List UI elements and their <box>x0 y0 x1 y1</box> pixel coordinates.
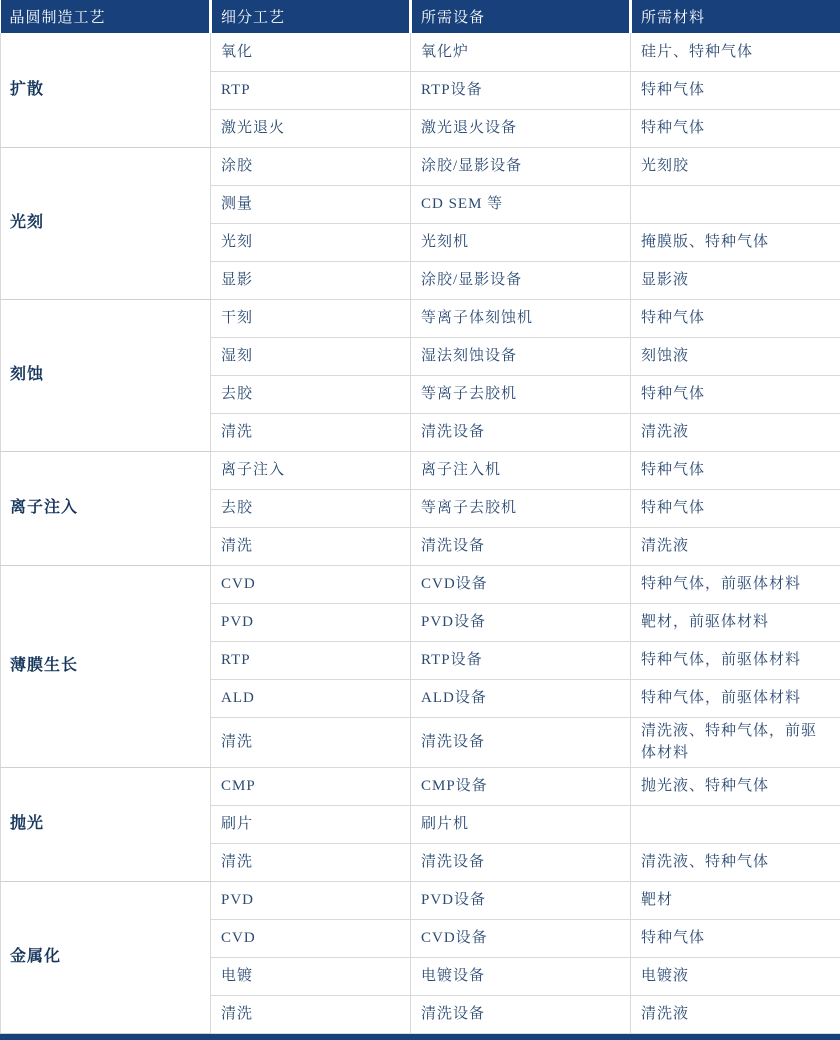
subprocess-cell: 清洗 <box>211 413 411 451</box>
material-cell: 特种气体，前驱体材料 <box>631 679 840 717</box>
equipment-cell: CVD设备 <box>411 919 631 957</box>
material-cell: 清洗液、特种气体，前驱体材料 <box>631 717 840 767</box>
table-row: 光刻涂胶涂胶/显影设备光刻胶 <box>1 147 840 185</box>
subprocess-cell: 清洗 <box>211 995 411 1033</box>
material-cell: 电镀液 <box>631 957 840 995</box>
equipment-cell: CMP设备 <box>411 767 631 805</box>
process-group-cell: 薄膜生长 <box>1 565 211 767</box>
equipment-cell: 清洗设备 <box>411 413 631 451</box>
subprocess-cell: 离子注入 <box>211 451 411 489</box>
process-group-cell: 刻蚀 <box>1 299 211 451</box>
process-group-cell: 抛光 <box>1 767 211 881</box>
equipment-cell: 涂胶/显影设备 <box>411 147 631 185</box>
material-cell: 特种气体，前驱体材料 <box>631 565 840 603</box>
material-cell: 清洗液 <box>631 413 840 451</box>
subprocess-cell: ALD <box>211 679 411 717</box>
subprocess-cell: 测量 <box>211 185 411 223</box>
material-cell: 光刻胶 <box>631 147 840 185</box>
material-cell: 特种气体 <box>631 109 840 147</box>
material-cell: 特种气体 <box>631 451 840 489</box>
equipment-cell: RTP设备 <box>411 71 631 109</box>
header-cell-1: 细分工艺 <box>211 0 411 33</box>
subprocess-cell: 清洗 <box>211 717 411 767</box>
material-cell <box>631 805 840 843</box>
material-cell: 特种气体，前驱体材料 <box>631 641 840 679</box>
table-row: 扩散氧化氧化炉硅片、特种气体 <box>1 33 840 71</box>
header-row: 晶圆制造工艺细分工艺所需设备所需材料 <box>1 0 840 33</box>
material-cell: 靶材，前驱体材料 <box>631 603 840 641</box>
equipment-cell: 湿法刻蚀设备 <box>411 337 631 375</box>
material-cell: 特种气体 <box>631 375 840 413</box>
material-cell: 特种气体 <box>631 489 840 527</box>
subprocess-cell: 清洗 <box>211 527 411 565</box>
subprocess-cell: 去胶 <box>211 375 411 413</box>
material-cell: 特种气体 <box>631 919 840 957</box>
process-group-cell: 光刻 <box>1 147 211 299</box>
subprocess-cell: CMP <box>211 767 411 805</box>
subprocess-cell: 清洗 <box>211 843 411 881</box>
subprocess-cell: PVD <box>211 603 411 641</box>
subprocess-cell: CVD <box>211 565 411 603</box>
process-group-cell: 金属化 <box>1 881 211 1033</box>
equipment-cell: 等离子去胶机 <box>411 375 631 413</box>
header-cell-2: 所需设备 <box>411 0 631 33</box>
equipment-cell: PVD设备 <box>411 881 631 919</box>
material-cell: 特种气体 <box>631 299 840 337</box>
subprocess-cell: 显影 <box>211 261 411 299</box>
subprocess-cell: 涂胶 <box>211 147 411 185</box>
material-cell: 硅片、特种气体 <box>631 33 840 71</box>
material-cell <box>631 185 840 223</box>
subprocess-cell: 氧化 <box>211 33 411 71</box>
equipment-cell: CVD设备 <box>411 565 631 603</box>
equipment-cell: ALD设备 <box>411 679 631 717</box>
subprocess-cell: 光刻 <box>211 223 411 261</box>
material-cell: 清洗液 <box>631 527 840 565</box>
subprocess-cell: 激光退火 <box>211 109 411 147</box>
equipment-cell: 清洗设备 <box>411 527 631 565</box>
header-cell-0: 晶圆制造工艺 <box>1 0 211 33</box>
subprocess-cell: 刷片 <box>211 805 411 843</box>
equipment-cell: 等离子体刻蚀机 <box>411 299 631 337</box>
table-row: 刻蚀干刻等离子体刻蚀机特种气体 <box>1 299 840 337</box>
equipment-cell: 清洗设备 <box>411 717 631 767</box>
bottom-divider-bar <box>0 1034 840 1040</box>
material-cell: 刻蚀液 <box>631 337 840 375</box>
subprocess-cell: CVD <box>211 919 411 957</box>
material-cell: 掩膜版、特种气体 <box>631 223 840 261</box>
header-cell-3: 所需材料 <box>631 0 840 33</box>
material-cell: 显影液 <box>631 261 840 299</box>
subprocess-cell: 电镀 <box>211 957 411 995</box>
table-row: 金属化PVDPVD设备靶材 <box>1 881 840 919</box>
table-row: 离子注入离子注入离子注入机特种气体 <box>1 451 840 489</box>
wafer-process-table: 晶圆制造工艺细分工艺所需设备所需材料 扩散氧化氧化炉硅片、特种气体RTPRTP设… <box>0 0 840 1034</box>
equipment-cell: 清洗设备 <box>411 843 631 881</box>
subprocess-cell: RTP <box>211 71 411 109</box>
process-group-cell: 离子注入 <box>1 451 211 565</box>
equipment-cell: 氧化炉 <box>411 33 631 71</box>
material-cell: 抛光液、特种气体 <box>631 767 840 805</box>
subprocess-cell: 湿刻 <box>211 337 411 375</box>
equipment-cell: 离子注入机 <box>411 451 631 489</box>
equipment-cell: 光刻机 <box>411 223 631 261</box>
equipment-cell: 电镀设备 <box>411 957 631 995</box>
subprocess-cell: PVD <box>211 881 411 919</box>
material-cell: 特种气体 <box>631 71 840 109</box>
subprocess-cell: 去胶 <box>211 489 411 527</box>
equipment-cell: 激光退火设备 <box>411 109 631 147</box>
material-cell: 清洗液、特种气体 <box>631 843 840 881</box>
equipment-cell: RTP设备 <box>411 641 631 679</box>
subprocess-cell: 干刻 <box>211 299 411 337</box>
equipment-cell: 涂胶/显影设备 <box>411 261 631 299</box>
subprocess-cell: RTP <box>211 641 411 679</box>
table-header: 晶圆制造工艺细分工艺所需设备所需材料 <box>1 0 840 33</box>
equipment-cell: CD SEM 等 <box>411 185 631 223</box>
table-row: 抛光CMPCMP设备抛光液、特种气体 <box>1 767 840 805</box>
equipment-cell: 清洗设备 <box>411 995 631 1033</box>
report-table-page: 晶圆制造工艺细分工艺所需设备所需材料 扩散氧化氧化炉硅片、特种气体RTPRTP设… <box>0 0 840 1040</box>
material-cell: 靶材 <box>631 881 840 919</box>
equipment-cell: 等离子去胶机 <box>411 489 631 527</box>
process-group-cell: 扩散 <box>1 33 211 147</box>
equipment-cell: 刷片机 <box>411 805 631 843</box>
material-cell: 清洗液 <box>631 995 840 1033</box>
table-row: 薄膜生长CVDCVD设备特种气体，前驱体材料 <box>1 565 840 603</box>
equipment-cell: PVD设备 <box>411 603 631 641</box>
